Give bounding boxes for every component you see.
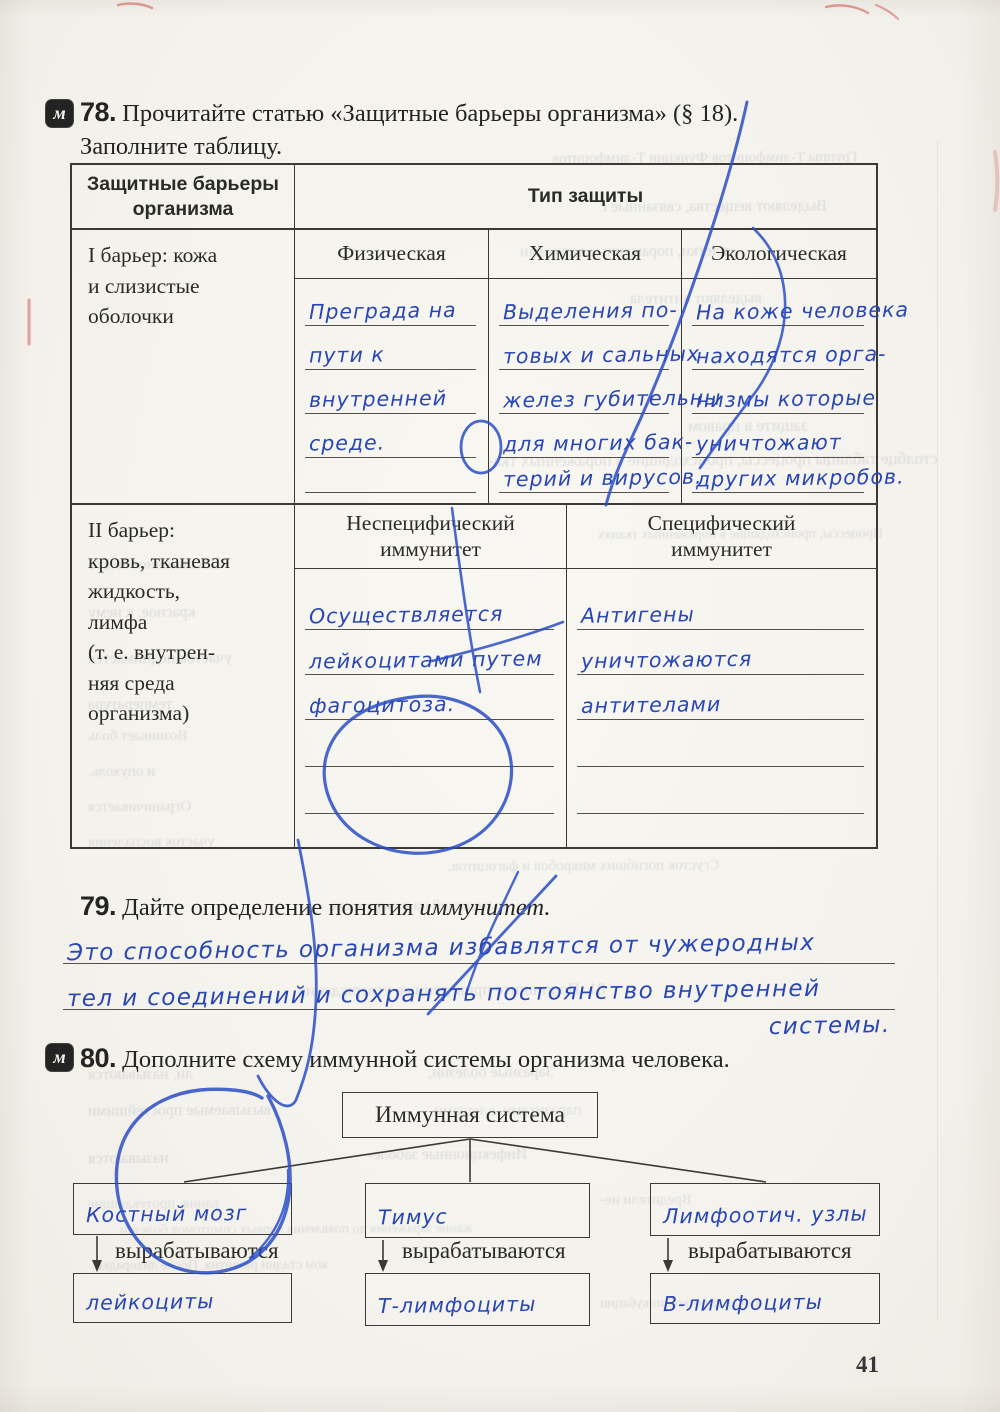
scheme-product-box-b-lymphocytes[interactable]: В-лимфоциты [650, 1273, 880, 1324]
scheme-organ-box-lymph-nodes[interactable]: Лимфоотич. узлы [650, 1183, 880, 1236]
table-row1-col-physical: Физическая Преграда на пути к внутренней… [295, 230, 489, 505]
handwritten-answer: антителами [581, 692, 722, 718]
col-header-specific-immunity: Специфический иммунитет [567, 505, 876, 569]
handwritten-answer: фагоцитоза. [309, 692, 455, 718]
table-row1-col-chemical: Химическая Выделения по- товых и сальных… [489, 230, 682, 505]
handwritten-answer: Тимус [378, 1205, 448, 1230]
answer-line[interactable] [305, 492, 476, 493]
page-number: 41 [856, 1352, 879, 1378]
task-80-title: Дополните схему иммунной системы организ… [122, 1046, 730, 1073]
arrow-label-produced-2: вырабатываются [402, 1238, 566, 1264]
arrow-label-produced-1: вырабатываются [115, 1238, 279, 1264]
answer-line[interactable] [577, 813, 864, 814]
handwritten-answer: лейкоциты [86, 1289, 215, 1315]
answer-line[interactable]: других микробов. [692, 492, 864, 493]
task-79-heading: 79. Дайте определение понятия иммунитет. [80, 888, 840, 925]
scheme-organ-box-thymus[interactable]: Тимус [365, 1183, 590, 1238]
handwritten-answer: других микробов. [696, 465, 905, 492]
col-header-physical: Физическая [295, 230, 488, 279]
scheme-product-box-leukocytes[interactable]: лейкоциты [73, 1273, 292, 1323]
arrow-label-produced-3: вырабатываются [688, 1238, 852, 1264]
table-row2-col-nonspecific: Неспецифический иммунитет Осуществляется… [295, 505, 567, 847]
task-80-number: 80. [80, 1043, 116, 1073]
handwritten-answer: Лимфоотич. узлы [663, 1202, 868, 1229]
task-78-number: 78. [80, 97, 116, 127]
handwritten-answer: низмы которые [696, 386, 876, 413]
answer-line[interactable] [577, 766, 864, 767]
page-fold-line [937, 140, 938, 1320]
scheme-root-box: Иммунная система [342, 1092, 598, 1138]
bleedthrough-text: вызываемые простейшими [88, 1102, 271, 1121]
table-row2-col-specific: Специфический иммунитет Антигены уничтож… [567, 505, 876, 847]
handwritten-answer: находятся орга- [696, 342, 887, 369]
workbook-page: Группы Т-лимфоцитов Функции Т-лимфоцитов… [0, 0, 1000, 1412]
table-corner-header: Защитные барьеры организма [72, 165, 295, 230]
col-header-ecological: Экологическая [682, 230, 876, 279]
handwritten-answer: пути к [309, 342, 385, 367]
answer-line[interactable]: желез губительны [499, 413, 669, 414]
bleedthrough-text: называются [88, 1150, 169, 1168]
barriers-table: Защитные барьеры организма Тип защиты I … [70, 163, 878, 849]
handwritten-answer: Т-лимфоциты [378, 1292, 537, 1318]
handwritten-answer: внутренней [309, 386, 447, 412]
table-row2-label: II барьер: кровь, тканевая жидкость, лим… [72, 505, 295, 847]
answer-line[interactable]: Выделения по- [499, 325, 669, 326]
answer-line[interactable]: товых и сальных [499, 369, 669, 370]
handwritten-answer: Антигены [581, 602, 695, 628]
answer-line[interactable]: пути к [305, 369, 476, 370]
answer-line[interactable]: фагоцитоза. [305, 719, 554, 720]
handwritten-answer: терий и вирусов. [503, 465, 703, 492]
col-header-chemical: Химическая [489, 230, 681, 279]
answer-line[interactable]: лейкоцитами путем [305, 674, 554, 675]
task-78-title-line2: Заполните таблицу. [80, 133, 282, 160]
handwritten-answer: уничтожаются [581, 647, 753, 673]
answer-line[interactable]: низмы которые [692, 413, 864, 414]
task-78-title-line1: Прочитайте статью «Защитные барьеры орга… [122, 100, 738, 127]
handwritten-answer: среде. [309, 430, 386, 455]
answer-line[interactable]: Осуществляется [305, 629, 554, 630]
table-span-header: Тип защиты [295, 165, 876, 230]
methodology-badge-80: м [46, 1044, 73, 1071]
handwritten-answer: товых и сальных [503, 342, 700, 369]
handwritten-answer: для многих бак- [503, 430, 694, 457]
answer-line[interactable]: Преграда на [305, 325, 476, 326]
methodology-badge-78: м [46, 100, 73, 127]
answer-line[interactable]: терий и вирусов. [499, 492, 669, 493]
answer-line[interactable]: уничтожаются [577, 674, 864, 675]
handwritten-answer: В-лимфоциты [663, 1290, 823, 1316]
handwritten-answer: Костный мозг [86, 1201, 248, 1227]
task-79-answer-line-1[interactable]: Это способность организма избавлятся от … [63, 963, 895, 964]
task-79-title: Дайте определение понятия [122, 894, 419, 921]
answer-line[interactable]: уничтожают [692, 457, 864, 458]
bleedthrough-text: Сгусток погибших микробов и фагоцитов, [448, 857, 719, 875]
handwritten-answer: Осуществляется [309, 602, 504, 629]
task-80-heading: 80. Дополните схему иммунной системы орг… [80, 1040, 940, 1077]
task-79-number: 79. [80, 891, 116, 921]
scheme-organ-box-bone-marrow[interactable]: Костный мозг [73, 1183, 292, 1235]
answer-line[interactable] [305, 813, 554, 814]
table-row1-col-ecological: Экологическая На коже человека находятся… [682, 230, 876, 505]
task-79-answer-line-2[interactable]: тел и соединений и сохранять постоянство… [63, 1009, 895, 1010]
answer-line[interactable] [305, 766, 554, 767]
col-header-nonspecific-immunity: Неспецифический иммунитет [295, 505, 566, 569]
scheme-product-box-t-lymphocytes[interactable]: Т-лимфоциты [365, 1273, 590, 1326]
handwritten-answer: На коже человека [696, 298, 909, 325]
handwritten-answer: уничтожают [696, 430, 842, 456]
answer-line[interactable]: внутренней [305, 413, 476, 414]
answer-line[interactable]: Антигены [577, 629, 864, 630]
answer-line[interactable]: антителами [577, 719, 864, 720]
answer-line[interactable]: для многих бак- [499, 457, 669, 458]
answer-line[interactable]: среде. [305, 457, 476, 458]
answer-line[interactable]: находятся орга- [692, 369, 864, 370]
handwritten-answer: Преграда на [309, 298, 457, 324]
answer-line[interactable]: На коже человека [692, 325, 864, 326]
handwritten-answer: Выделения по- [503, 298, 678, 324]
task-78-heading: 78. Прочитайте статью «Защитные барьеры … [80, 94, 880, 164]
task-79-term: иммунитет. [419, 894, 550, 921]
table-row1-label: I барьер: кожа и слизистые оболочки [72, 230, 295, 505]
handwritten-answer: лейкоцитами путем [309, 646, 543, 673]
bleedthrough-text: Инфекционные заболе- [368, 1146, 527, 1165]
